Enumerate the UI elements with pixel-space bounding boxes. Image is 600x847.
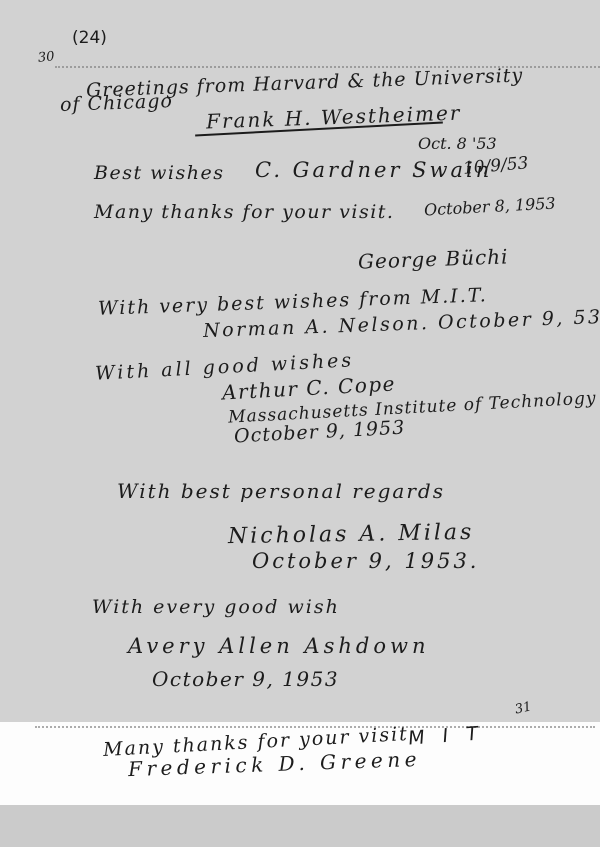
swain-signature: C. Gardner Swain (255, 160, 492, 181)
buchi-message: Many thanks for your visit. (94, 203, 394, 222)
westheimer-date: Oct. 8 '53 (418, 136, 497, 152)
westheimer-message-line2: of Chicago (60, 92, 174, 115)
swain-date: 10/9/53 (462, 155, 529, 178)
scanned-guestbook-page: (24) 30 Greetings from Harvard & the Uni… (0, 0, 600, 847)
buchi-date: October 8, 1953 (424, 196, 556, 219)
milas-date: October 9, 1953. (252, 551, 479, 572)
ashdown-date: October 9, 1953 (152, 669, 339, 689)
milas-signature: Nicholas A. Milas (228, 522, 475, 548)
cope-signature: Arthur C. Cope (222, 373, 397, 402)
greene-affiliation: M I T (407, 724, 484, 748)
ashdown-signature: Avery Allen Ashdown (128, 636, 429, 657)
swain-message: Best wishes (94, 164, 224, 183)
milas-message: With best personal regards (117, 481, 445, 501)
buchi-signature: George Büchi (358, 246, 509, 271)
page-number-bottom: 31 (514, 700, 533, 716)
scan-bottom-bar (0, 805, 600, 847)
page-header-label: (24) (72, 30, 107, 47)
ashdown-message: With every good wish (92, 598, 340, 617)
page-number-top: 30 (37, 50, 55, 65)
